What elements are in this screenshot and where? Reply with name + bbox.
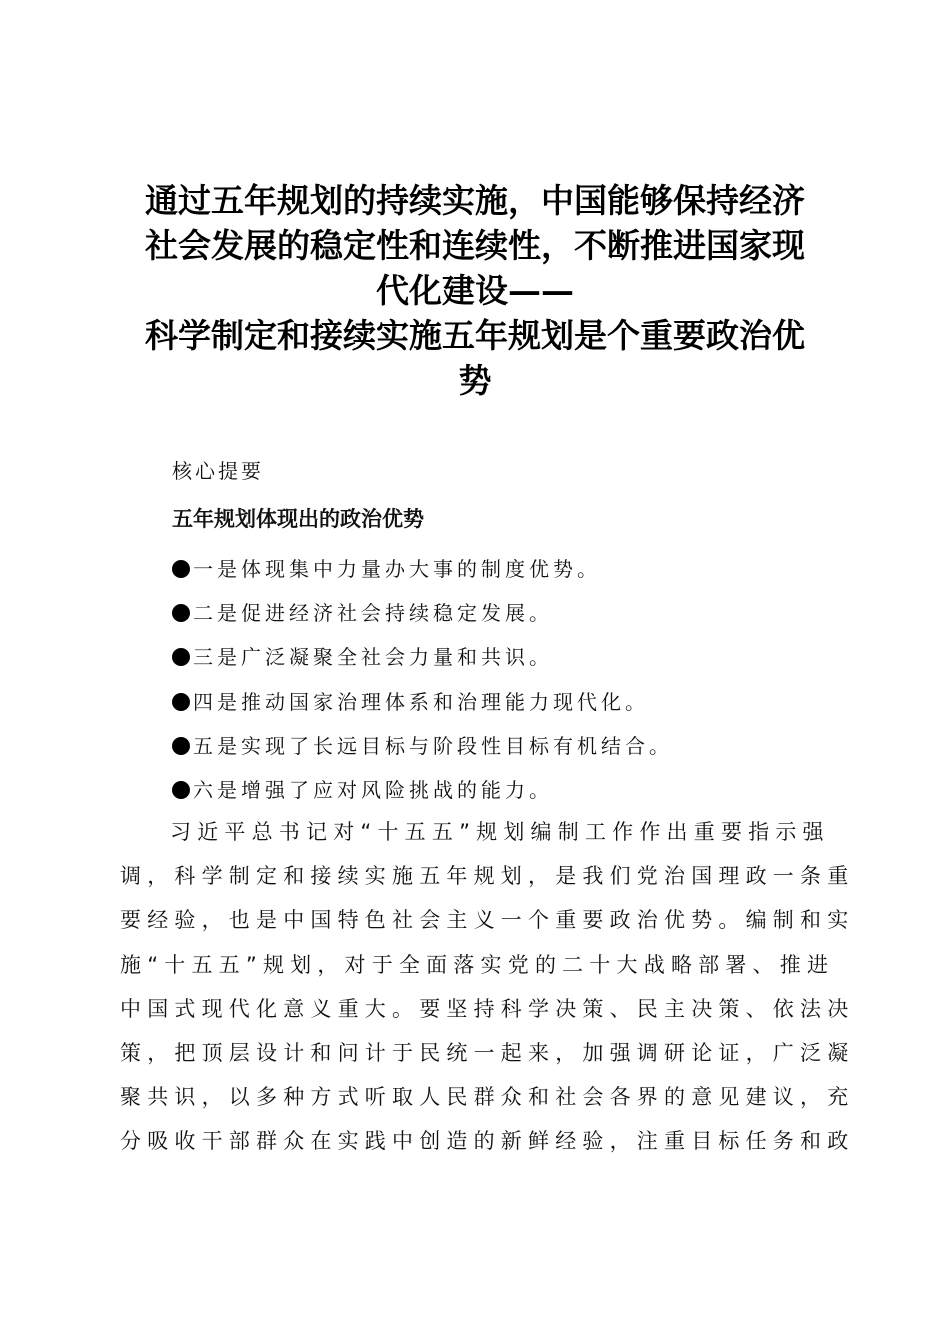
- title-line: 通过五年规划的持续实施，中国能够保持经济: [118, 178, 832, 223]
- list-item-text: 五是实现了长远目标与阶段性目标有机结合。: [193, 734, 673, 758]
- list-item-text: 四是推动国家治理体系和治理能力现代化。: [193, 690, 649, 714]
- bullet-icon: [172, 781, 190, 799]
- paragraph-line: 调，科学制定和接续实施五年规划，是我们党治国理政一条重: [120, 854, 832, 898]
- bullet-icon: [172, 648, 190, 666]
- paragraph-line: 聚共识，以多种方式听取人民群众和社会各界的意见建议，充: [120, 1075, 832, 1119]
- title-line: 科学制定和接续实施五年规划是个重要政治优: [118, 313, 832, 358]
- list-item-text: 一是体现集中力量办大事的制度优势。: [193, 557, 601, 581]
- paragraph-line: 习近平总书记对“十五五”规划编制工作作出重要指示强: [120, 810, 832, 854]
- body-paragraph: 习近平总书记对“十五五”规划编制工作作出重要指示强 调，科学制定和接续实施五年规…: [120, 810, 832, 1164]
- list-item-text: 二是促进经济社会持续稳定发展。: [193, 601, 553, 625]
- list-item-text: 三是广泛凝聚全社会力量和共识。: [193, 645, 553, 669]
- paragraph-line: 策，把顶层设计和问计于民统一起来，加强调研论证，广泛凝: [120, 1031, 832, 1075]
- list-item: 四是推动国家治理体系和治理能力现代化。: [172, 680, 673, 724]
- list-item: 五是实现了长远目标与阶段性目标有机结合。: [172, 724, 673, 768]
- list-item: 一是体现集中力量办大事的制度优势。: [172, 547, 673, 591]
- list-item: 二是促进经济社会持续稳定发展。: [172, 591, 673, 635]
- bullet-icon: [172, 737, 190, 755]
- list-item-text: 六是增强了应对风险挑战的能力。: [193, 778, 553, 802]
- paragraph-line: 分吸收干部群众在实践中创造的新鲜经验，注重目标任务和政: [120, 1119, 832, 1163]
- summary-heading: 五年规划体现出的政治优势: [172, 503, 424, 533]
- bullet-icon: [172, 560, 190, 578]
- list-item: 三是广泛凝聚全社会力量和共识。: [172, 635, 673, 679]
- bullet-icon: [172, 604, 190, 622]
- paragraph-line: 施“十五五”规划，对于全面落实党的二十大战略部署、推进: [120, 943, 832, 987]
- title-line: 势: [118, 358, 832, 403]
- title-line: 社会发展的稳定性和连续性，不断推进国家现: [118, 223, 832, 268]
- summary-bullet-list: 一是体现集中力量办大事的制度优势。 二是促进经济社会持续稳定发展。 三是广泛凝聚…: [172, 547, 673, 812]
- paragraph-line: 中国式现代化意义重大。要坚持科学决策、民主决策、依法决: [120, 987, 832, 1031]
- bullet-icon: [172, 693, 190, 711]
- paragraph-line: 要经验，也是中国特色社会主义一个重要政治优势。编制和实: [120, 898, 832, 942]
- title-line: 代化建设——: [118, 268, 832, 313]
- summary-label: 核心提要: [172, 455, 264, 484]
- document-title: 通过五年规划的持续实施，中国能够保持经济 社会发展的稳定性和连续性，不断推进国家…: [118, 178, 832, 403]
- list-item: 六是增强了应对风险挑战的能力。: [172, 768, 673, 812]
- document-page: 通过五年规划的持续实施，中国能够保持经济 社会发展的稳定性和连续性，不断推进国家…: [0, 0, 950, 1344]
